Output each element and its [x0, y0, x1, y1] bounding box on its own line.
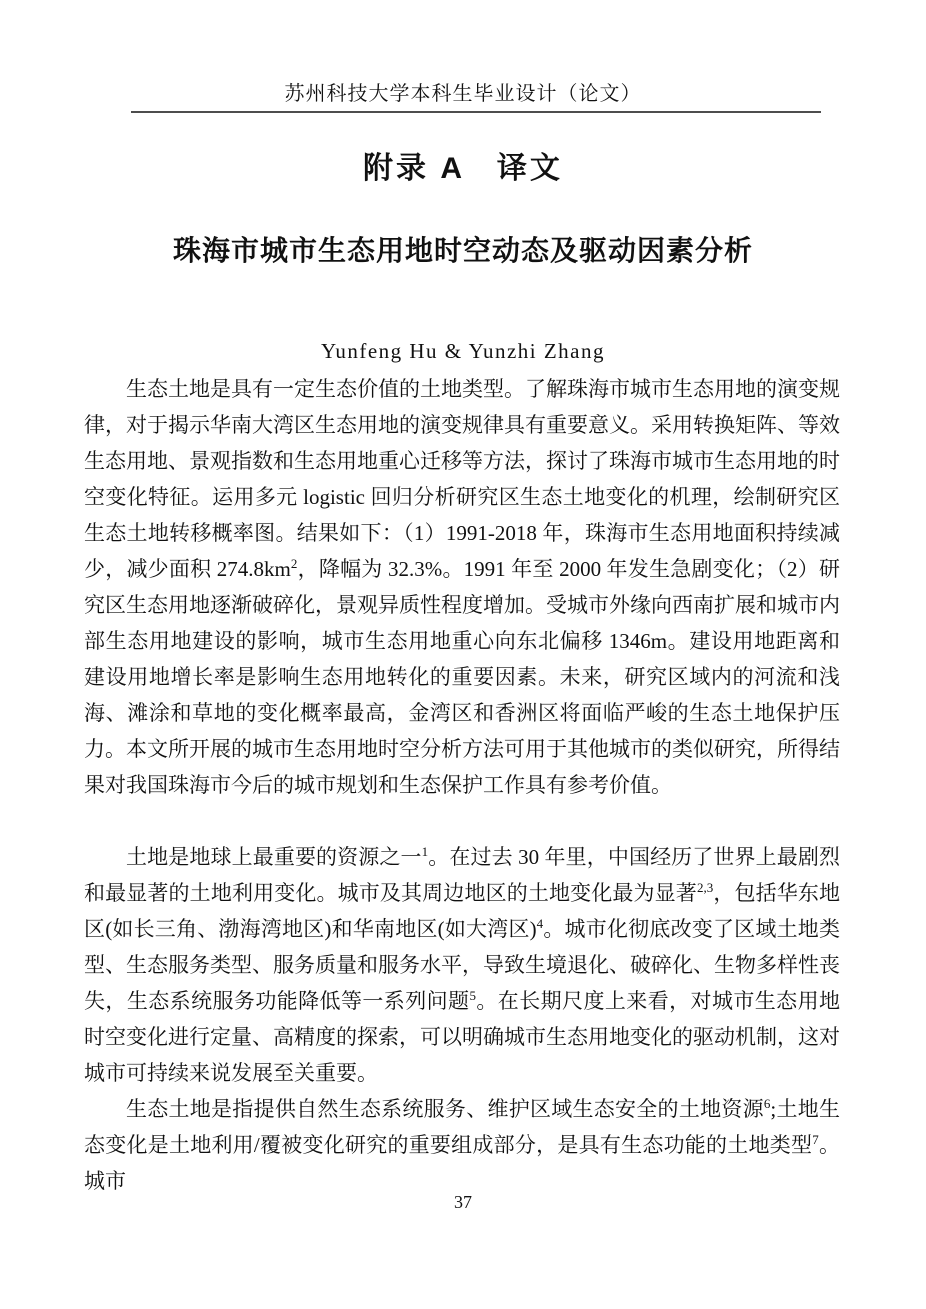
- page-number: 37: [0, 1192, 926, 1213]
- header-rule: [131, 111, 821, 113]
- authors-line: Yunfeng Hu & Yunzhi Zhang: [0, 339, 926, 363]
- document-page: 苏州科技大学本科生毕业设计（论文） 附录 A 译文 珠海市城市生态用地时空动态及…: [0, 0, 926, 1309]
- paper-title: 珠海市城市生态用地时空动态及驱动因素分析: [0, 236, 926, 266]
- intro-paragraph-1: 土地是地球上最重要的资源之一1。在过去 30 年里，中国经历了世界上最剧烈和最显…: [84, 839, 840, 1091]
- intro-paragraph-2: 生态土地是指提供自然生态系统服务、维护区域生态安全的土地资源6;土地生态变化是土…: [84, 1091, 840, 1199]
- running-head: 苏州科技大学本科生毕业设计（论文）: [0, 0, 926, 106]
- appendix-title: 附录 A 译文: [0, 153, 926, 185]
- body-text: 生态土地是具有一定生态价值的土地类型。了解珠海市城市生态用地的演变规律，对于揭示…: [84, 371, 840, 1199]
- abstract-paragraph: 生态土地是具有一定生态价值的土地类型。了解珠海市城市生态用地的演变规律，对于揭示…: [84, 371, 840, 803]
